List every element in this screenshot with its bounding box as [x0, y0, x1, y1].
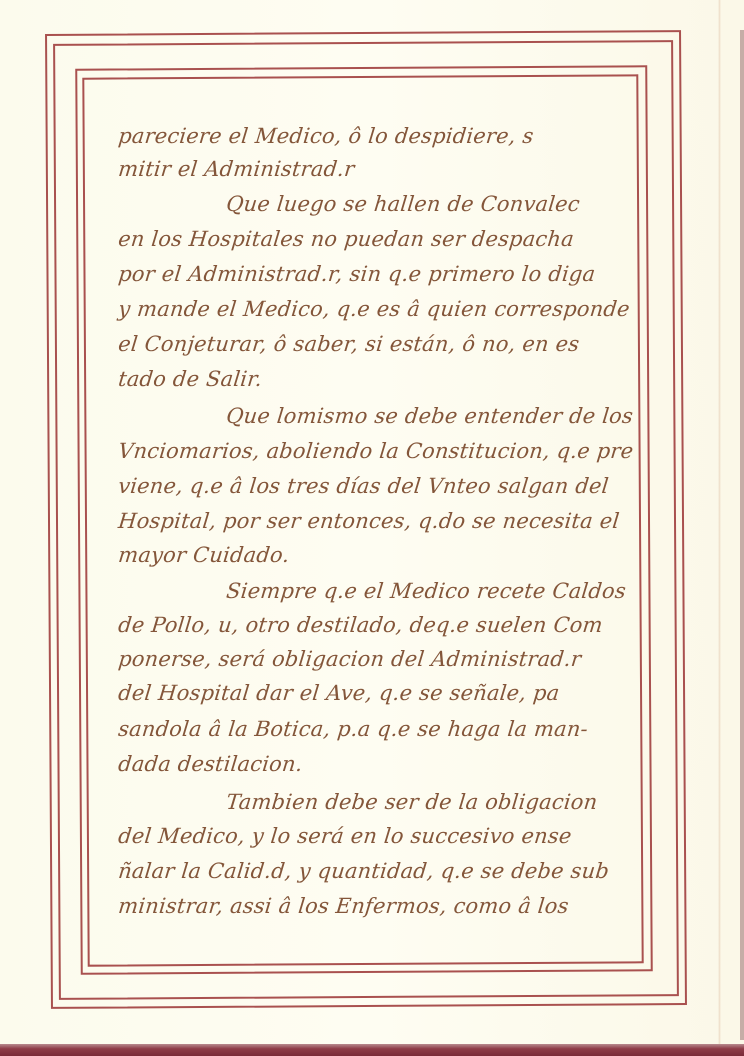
text-line: mayor Cuidado.: [116, 543, 291, 577]
page-fold-line: [718, 0, 721, 1045]
text-line: del Hospital dar el Ave, q.e se señale, …: [116, 681, 561, 715]
text-line: Vnciomarios, aboliendo la Constitucion, …: [116, 439, 635, 473]
text-line: por el Administrad.r, sin q.e primero lo…: [116, 262, 597, 296]
text-line: ñalar la Calid.d, y quantidad, q.e se de…: [116, 859, 610, 893]
text-line: mitir el Administrad.r: [116, 157, 356, 191]
text-line: ministrar, assi â los Enfermos, como â l…: [116, 894, 570, 928]
book-cover-edge: [0, 1044, 744, 1056]
text-line: dada destilacion.: [116, 752, 304, 786]
text-line: ponerse, será obligacion del Administrad…: [116, 647, 583, 681]
text-line: pareciere el Medico, ô lo despidiere, s: [116, 124, 535, 158]
manuscript-page: pareciere el Medico, ô lo despidiere, s …: [0, 0, 744, 1056]
adjacent-page-edge: [740, 30, 744, 1040]
text-line: sandola â la Botica, p.a q.e se haga la …: [116, 717, 589, 751]
paragraph-start-line: Que luego se hallen de Convalec: [224, 192, 581, 226]
text-line: en los Hospitales no puedan ser despacha: [116, 227, 575, 261]
text-line: el Conjeturar, ô saber, si están, ô no, …: [116, 332, 581, 366]
paragraph-start-line: Tambien debe ser de la obligacion: [224, 790, 599, 824]
text-line: tado de Salir.: [116, 367, 263, 401]
text-line: y mande el Medico, q.e es â quien corres…: [116, 297, 631, 331]
text-line: de Pollo, u, otro destilado, deq.e suele…: [116, 613, 604, 647]
paragraph-start-line: Siempre q.e el Medico recete Caldos: [224, 579, 627, 613]
paragraph-start-line: Que lomismo se debe entender de los: [224, 404, 634, 438]
text-line: Hospital, por ser entonces, q.do se nece…: [116, 509, 621, 543]
text-line: viene, q.e â los tres días del Vnteo sal…: [116, 474, 610, 508]
text-line: del Medico, y lo será en lo succesivo en…: [116, 824, 573, 858]
